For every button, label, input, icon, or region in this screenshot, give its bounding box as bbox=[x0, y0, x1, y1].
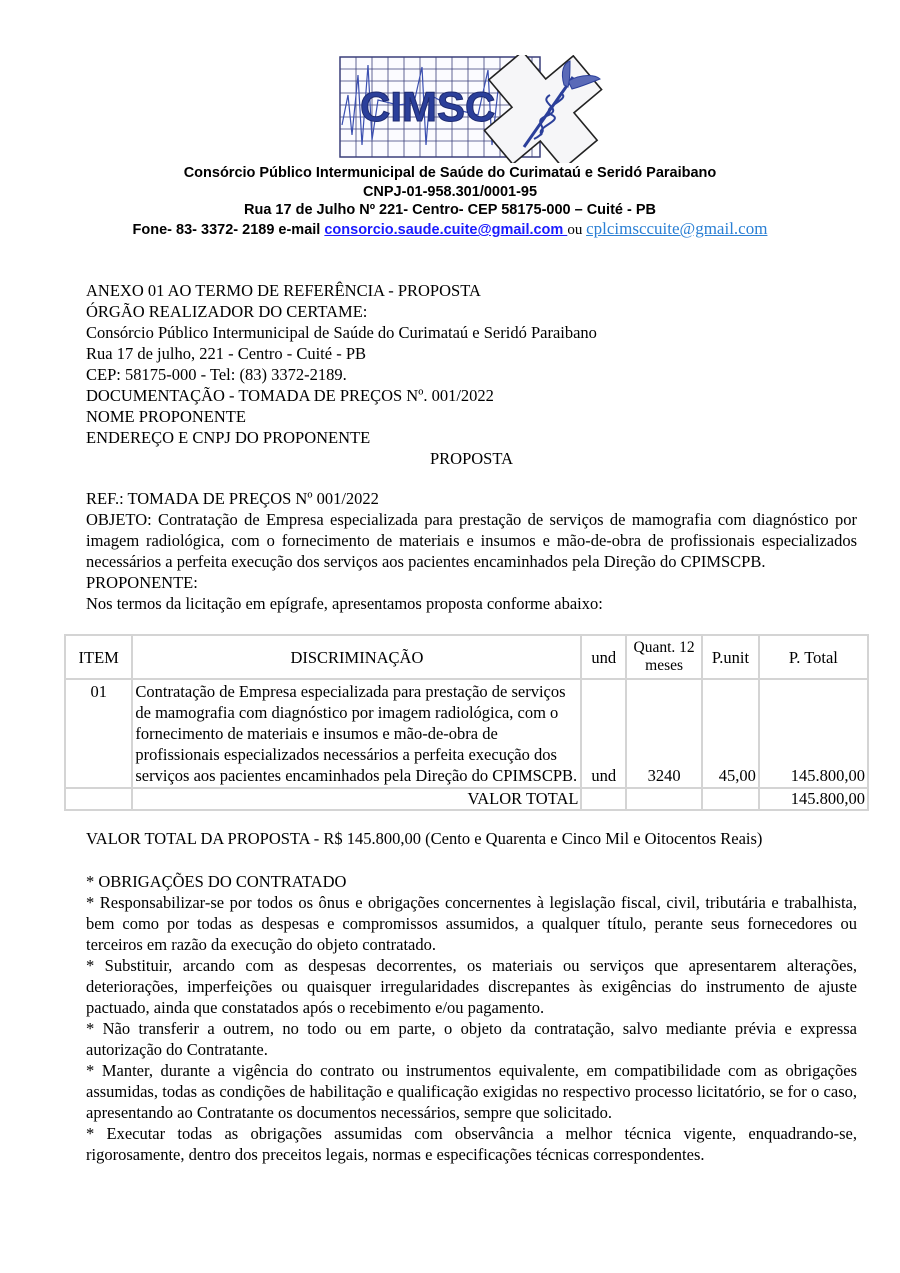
reference-line: REF.: TOMADA DE PREÇOS Nº 001/2022 bbox=[86, 488, 857, 509]
cell-total-price: 145.800,00 bbox=[759, 679, 868, 788]
obligation-item: * Manter, durante a vigência do contrato… bbox=[86, 1060, 857, 1123]
org-contact: Fone- 83- 3372- 2189 e-mail consorcio.sa… bbox=[0, 219, 900, 240]
email-link-primary[interactable]: consorcio.saude.cuite@gmail.com bbox=[324, 222, 567, 238]
cell-quantity: 3240 bbox=[626, 679, 702, 788]
total-empty-cell bbox=[702, 788, 759, 810]
contact-phone: Fone- 83- 3372- 2189 e-mail bbox=[133, 222, 325, 238]
reference-block: REF.: TOMADA DE PREÇOS Nº 001/2022 OBJET… bbox=[86, 488, 857, 614]
annex-title: ANEXO 01 AO TERMO DE REFERÊNCIA - PROPOS… bbox=[86, 280, 857, 301]
organ-cep-tel: CEP: 58175-000 - Tel: (83) 3372-2189. bbox=[86, 364, 857, 385]
header-description: DISCRIMINAÇÃO bbox=[132, 635, 581, 679]
obligation-item: * Não transferir a outrem, no todo ou em… bbox=[86, 1018, 857, 1060]
proponent-label: PROPONENTE: bbox=[86, 572, 857, 593]
email-separator: ou bbox=[567, 222, 586, 238]
header-unit-price: P.unit bbox=[702, 635, 759, 679]
organ-label: ÓRGÃO REALIZADOR DO CERTAME: bbox=[86, 301, 857, 322]
table-row: 01 Contratação de Empresa especializada … bbox=[65, 679, 868, 788]
cell-description: Contratação de Empresa especializada par… bbox=[132, 679, 581, 788]
header-unit: und bbox=[581, 635, 626, 679]
proposal-table: ITEM DISCRIMINAÇÃO und Quant. 12 meses P… bbox=[64, 634, 869, 811]
obligation-item: * Executar todas as obrigações assumidas… bbox=[86, 1123, 857, 1165]
organ-address: Rua 17 de julho, 221 - Centro - Cuité - … bbox=[86, 343, 857, 364]
obligations-section: * OBRIGAÇÕES DO CONTRATADO * Responsabil… bbox=[86, 871, 857, 1165]
intro-line: Nos termos da licitação em epígrafe, apr… bbox=[86, 593, 857, 614]
logo-text: CIMSC bbox=[360, 83, 495, 130]
org-address: Rua 17 de Julho Nº 221- Centro- CEP 5817… bbox=[0, 201, 900, 220]
table-header-row: ITEM DISCRIMINAÇÃO und Quant. 12 meses P… bbox=[65, 635, 868, 679]
cell-unit-price: 45,00 bbox=[702, 679, 759, 788]
org-cnpj: CNPJ-01-958.301/0001-95 bbox=[0, 183, 900, 202]
obligation-item: * Responsabilizar-se por todos os ônus e… bbox=[86, 892, 857, 955]
total-empty-cell bbox=[626, 788, 702, 810]
proponent-address-label: ENDEREÇO E CNPJ DO PROPONENTE bbox=[86, 427, 857, 448]
header-total-price: P. Total bbox=[759, 635, 868, 679]
total-empty-cell bbox=[65, 788, 132, 810]
table-total-row: VALOR TOTAL 145.800,00 bbox=[65, 788, 868, 810]
org-name: Consórcio Público Intermunicipal de Saúd… bbox=[0, 164, 900, 183]
proponent-name-label: NOME PROPONENTE bbox=[86, 406, 857, 427]
proposal-total-value: VALOR TOTAL DA PROPOSTA - R$ 145.800,00 … bbox=[86, 828, 857, 849]
document-page: CIMSC Consórcio Público Intermunicipal d… bbox=[0, 0, 900, 1273]
total-empty-cell bbox=[581, 788, 626, 810]
object-paragraph: OBJETO: Contratação de Empresa especiali… bbox=[86, 509, 857, 572]
documentation-line: DOCUMENTAÇÃO - TOMADA DE PREÇOS Nº. 001/… bbox=[86, 385, 857, 406]
obligations-title: * OBRIGAÇÕES DO CONTRATADO bbox=[86, 871, 857, 892]
cell-unit: und bbox=[581, 679, 626, 788]
obligation-item: * Substituir, arcando com as despesas de… bbox=[86, 955, 857, 1018]
email-link-secondary[interactable]: cplcimsccuite@gmail.com bbox=[586, 219, 767, 238]
header-quantity: Quant. 12 meses bbox=[626, 635, 702, 679]
proposal-title: PROPOSTA bbox=[86, 448, 857, 469]
total-label: VALOR TOTAL bbox=[132, 788, 581, 810]
cimsc-logo: CIMSC bbox=[338, 55, 608, 163]
header-item: ITEM bbox=[65, 635, 132, 679]
organ-name: Consórcio Público Intermunicipal de Saúd… bbox=[86, 322, 857, 343]
header-block: ANEXO 01 AO TERMO DE REFERÊNCIA - PROPOS… bbox=[86, 280, 857, 469]
header-quantity-line1: Quant. 12 bbox=[629, 639, 699, 657]
cell-item: 01 bbox=[65, 679, 132, 788]
total-value: 145.800,00 bbox=[759, 788, 868, 810]
header-quantity-line2: meses bbox=[629, 657, 699, 675]
